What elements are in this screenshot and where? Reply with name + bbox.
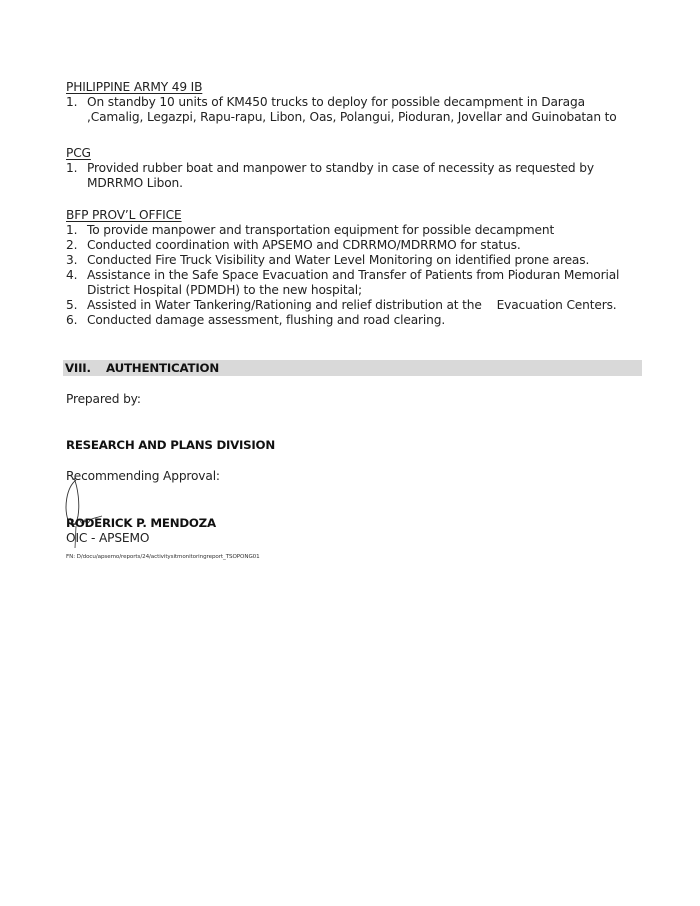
list-number: 1. xyxy=(66,95,77,110)
list-item-text: Assisted in Water Tankering/Rationing an… xyxy=(87,298,617,313)
list-item-text: Assistance in the Safe Space Evacuation … xyxy=(87,268,619,283)
list-number: 2. xyxy=(66,238,77,253)
section-heading-army: PHILIPPINE ARMY 49 IB xyxy=(66,80,202,95)
list-item-text: On standby 10 units of KM450 trucks to d… xyxy=(87,95,585,110)
list-item-text: Conducted coordination with APSEMO and C… xyxy=(87,238,521,253)
list-item-text: ,Camalig, Legazpi, Rapu-rapu, Libon, Oas… xyxy=(87,110,617,125)
section-title: AUTHENTICATION xyxy=(106,361,219,376)
file-name-footer: FN: D/docu/apsemo/reports/24/activitysit… xyxy=(66,554,260,560)
section-heading-pcg: PCG xyxy=(66,146,91,161)
list-item-text: Conducted Fire Truck Visibility and Wate… xyxy=(87,253,589,268)
list-item-text: Conducted damage assessment, flushing an… xyxy=(87,313,445,328)
signatory-name: RODERICK P. MENDOZA xyxy=(66,516,216,530)
list-item-text: Provided rubber boat and manpower to sta… xyxy=(87,161,594,176)
section-header-authentication: VIII. AUTHENTICATION xyxy=(63,360,642,376)
section-number: VIII. xyxy=(65,361,91,376)
list-number: 4. xyxy=(66,268,77,283)
prepared-by-label: Prepared by: xyxy=(66,392,141,407)
list-item-text: To provide manpower and transportation e… xyxy=(87,223,554,238)
document-page: PHILIPPINE ARMY 49 IB 1. On standby 10 u… xyxy=(0,0,700,906)
list-number: 5. xyxy=(66,298,77,313)
list-item-text: District Hospital (PDMDH) to the new hos… xyxy=(87,283,362,298)
list-item-text: MDRRMO Libon. xyxy=(87,176,183,191)
list-number: 6. xyxy=(66,313,77,328)
prepared-by-name: RESEARCH AND PLANS DIVISION xyxy=(66,438,275,452)
signatory-title: OIC - APSEMO xyxy=(66,531,149,546)
list-number: 3. xyxy=(66,253,77,268)
section-heading-bfp: BFP PROV’L OFFICE xyxy=(66,208,182,223)
list-number: 1. xyxy=(66,161,77,176)
list-number: 1. xyxy=(66,223,77,238)
